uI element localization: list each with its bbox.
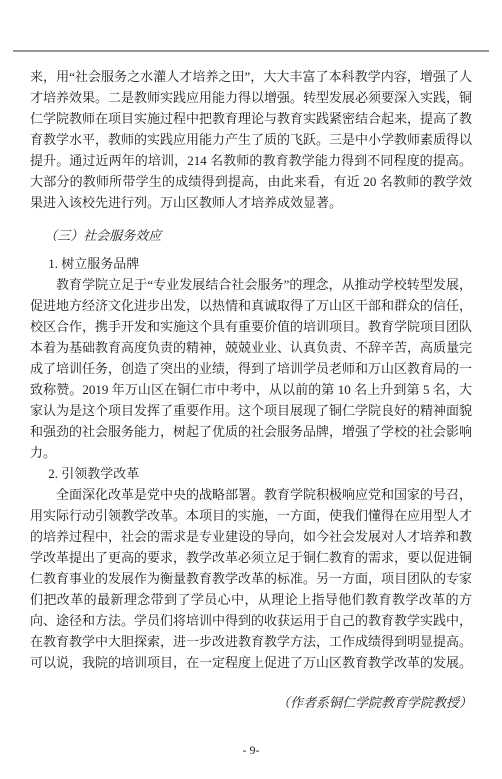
numbered-item-heading-2: 2. 引领教学改革 [30, 463, 472, 484]
numbered-item-heading-1: 1. 树立服务品牌 [30, 253, 472, 274]
body-paragraph-continuation: 来，用“社会服务之水灌人才培养之田”，大大丰富了本科教学内容，增强了人才培养效果… [30, 66, 472, 213]
document-body: 来，用“社会服务之水灌人才培养之田”，大大丰富了本科教学内容，增强了人才培养效果… [30, 66, 472, 713]
page-number: - 9- [0, 742, 502, 758]
body-paragraph-teaching-reform: 全面深化改革是党中央的战略部署。教育学院积极响应党和国家的号召，用实际行动引领教… [30, 484, 472, 673]
body-paragraph-service-brand: 教育学院立足于“专业发展结合社会服务”的理念，从推动学校转型发展，促进地方经济文… [30, 274, 472, 463]
header-rule [13, 50, 489, 52]
section-heading: （三）社会服务效应 [30, 225, 472, 246]
author-attribution: （作者系铜仁学院教育学院教授） [30, 692, 472, 713]
document-page: 来，用“社会服务之水灌人才培养之田”，大大丰富了本科教学内容，增强了人才培养效果… [0, 0, 502, 779]
